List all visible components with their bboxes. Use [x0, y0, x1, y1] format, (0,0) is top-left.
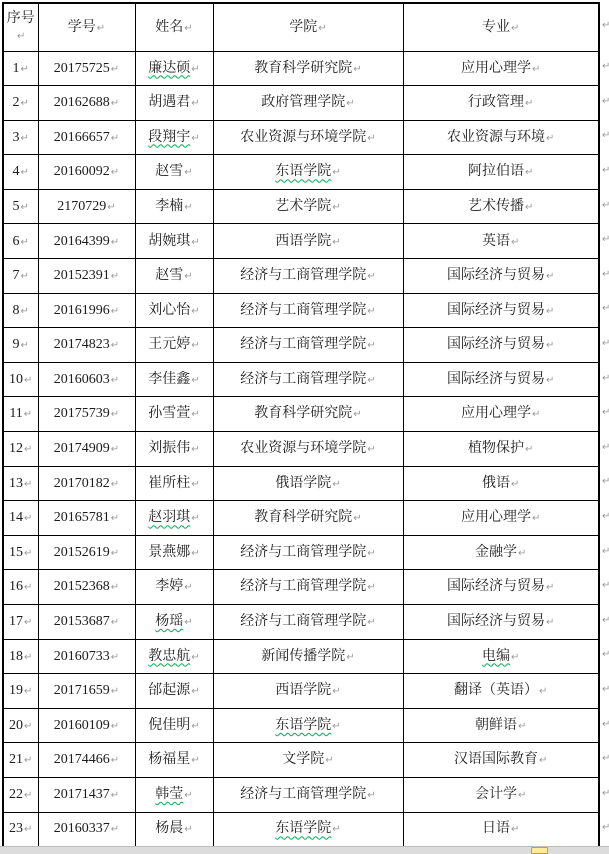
- row-end-mark: ↵: [602, 201, 609, 211]
- cell-end-mark: ↵: [191, 479, 199, 490]
- cell-college[interactable]: 经济与工商管理学院↵: [213, 293, 403, 328]
- cell-end-mark: ↵: [353, 64, 361, 75]
- cell-major[interactable]: 国际经济与贸易↵: [403, 570, 599, 605]
- cell-college[interactable]: 教育科学研究院↵: [213, 397, 403, 432]
- cell-no[interactable]: 23↵: [3, 812, 38, 847]
- cell-college[interactable]: 经济与工商管理学院↵: [213, 328, 403, 363]
- cell-end-mark: ↵: [17, 31, 25, 42]
- header-cell-student-id[interactable]: 学号↵: [38, 3, 135, 51]
- cell-end-mark: ↵: [525, 167, 533, 178]
- cell-text: 杨福星: [148, 752, 190, 767]
- cell-end-mark: ↵: [21, 340, 29, 351]
- cell-text: 20174823: [54, 337, 110, 352]
- cell-college[interactable]: 经济与工商管理学院↵: [213, 605, 403, 640]
- cell-text: 刘振伟: [148, 441, 190, 456]
- row-end-mark: ↵: [602, 823, 609, 833]
- cell-major[interactable]: 国际经济与贸易↵: [403, 328, 599, 363]
- cell-student-id[interactable]: 20174466↵: [38, 743, 135, 778]
- cell-student-id[interactable]: 2170729↵: [38, 189, 135, 224]
- cell-text: 4: [13, 164, 20, 179]
- cell-end-mark: ↵: [24, 755, 32, 766]
- cell-end-mark: ↵: [24, 444, 32, 455]
- cell-text: 国际经济与贸易: [447, 268, 545, 283]
- cell-student-id[interactable]: 20161996↵: [38, 293, 135, 328]
- cell-text: 国际经济与贸易: [447, 303, 545, 318]
- cell-no[interactable]: 6↵: [3, 224, 38, 259]
- table-row: 6↵20164399↵胡婉琪↵西语学院↵英语↵: [3, 224, 599, 259]
- cell-name[interactable]: 赵雪↵: [135, 155, 213, 190]
- cell-text: 翻译（英语）: [454, 683, 538, 698]
- cell-no[interactable]: 3↵: [3, 120, 38, 155]
- cell-end-mark: ↵: [111, 133, 119, 144]
- cell-end-mark: ↵: [191, 548, 199, 559]
- cell-text: 东语学院: [275, 821, 331, 836]
- cell-name[interactable]: 孙雪萱↵: [135, 397, 213, 432]
- cell-text: 17: [9, 614, 23, 629]
- cell-student-id[interactable]: 20171437↵: [38, 777, 135, 812]
- cell-text: 汉语国际教育: [454, 752, 538, 767]
- cell-text: 经济与工商管理学院: [240, 787, 366, 802]
- cell-end-mark: ↵: [546, 375, 554, 386]
- cell-end-mark: ↵: [24, 548, 32, 559]
- header-cell-no[interactable]: 序号↵: [3, 3, 38, 51]
- cell-no[interactable]: 19↵: [3, 674, 38, 709]
- cell-end-mark: ↵: [111, 375, 119, 386]
- cell-no[interactable]: 10↵: [3, 362, 38, 397]
- row-end-mark: ↵: [602, 339, 609, 349]
- cell-text: 教育科学研究院: [254, 510, 352, 525]
- cell-text: 5: [13, 199, 20, 214]
- table-row: 8↵20161996↵刘心怡↵经济与工商管理学院↵国际经济与贸易↵: [3, 293, 599, 328]
- row-end-mark: ↵: [602, 166, 609, 176]
- cell-college[interactable]: 农业资源与环境学院↵: [213, 432, 403, 467]
- cell-end-mark: ↵: [191, 64, 199, 75]
- cell-end-mark: ↵: [546, 306, 554, 317]
- cell-student-id[interactable]: 20160092↵: [38, 155, 135, 190]
- cell-name[interactable]: 杨晨↵: [135, 812, 213, 847]
- cell-name[interactable]: 教忠航↵: [135, 639, 213, 674]
- cell-text: 20174466: [54, 752, 110, 767]
- cell-end-mark: ↵: [367, 548, 375, 559]
- cell-end-mark: ↵: [97, 23, 105, 34]
- cell-end-mark: ↵: [511, 824, 519, 835]
- cell-student-id[interactable]: 20175739↵: [38, 397, 135, 432]
- cell-text: 韩莹: [155, 787, 183, 802]
- cell-text: 2170729: [57, 199, 106, 214]
- cell-end-mark: ↵: [111, 824, 119, 835]
- cell-no[interactable]: 7↵: [3, 259, 38, 294]
- cell-text: 国际经济与贸易: [447, 372, 545, 387]
- cell-college[interactable]: 农业资源与环境学院↵: [213, 120, 403, 155]
- scrollbar-handle[interactable]: [531, 847, 548, 854]
- cell-end-mark: ↵: [184, 582, 192, 593]
- cell-text: 应用心理学: [461, 406, 531, 421]
- cell-name[interactable]: 李楠↵: [135, 189, 213, 224]
- cell-end-mark: ↵: [184, 824, 192, 835]
- cell-text: 6: [13, 234, 20, 249]
- cell-major[interactable]: 阿拉伯语↵: [403, 155, 599, 190]
- cell-text: 教育科学研究院: [254, 406, 352, 421]
- cell-end-mark: ↵: [332, 824, 340, 835]
- cell-college[interactable]: 东语学院↵: [213, 812, 403, 847]
- cell-text: 20160109: [54, 718, 110, 733]
- cell-end-mark: ↵: [21, 237, 29, 248]
- cell-text: 国际经济与贸易: [447, 579, 545, 594]
- cell-major[interactable]: 英语↵: [403, 224, 599, 259]
- cell-end-mark: ↵: [21, 271, 29, 282]
- cell-text: 22: [9, 787, 23, 802]
- table-row: 16↵20152368↵李婷↵经济与工商管理学院↵国际经济与贸易↵: [3, 570, 599, 605]
- cell-end-mark: ↵: [184, 271, 192, 282]
- cell-no[interactable]: 2↵: [3, 86, 38, 121]
- cell-text: 刘心怡: [148, 303, 190, 318]
- cell-end-mark: ↵: [325, 755, 333, 766]
- cell-text: 崔所柱: [148, 476, 190, 491]
- cell-text: 教忠航: [148, 649, 190, 664]
- cell-name[interactable]: 赵羽琪↵: [135, 501, 213, 536]
- cell-end-mark: ↵: [184, 167, 192, 178]
- cell-student-id[interactable]: 20165781↵: [38, 501, 135, 536]
- cell-text: 20152368: [54, 579, 110, 594]
- cell-text: 经济与工商管理学院: [240, 268, 366, 283]
- cell-major[interactable]: 会计学↵: [403, 777, 599, 812]
- cell-major[interactable]: 应用心理学↵: [403, 51, 599, 86]
- row-end-mark: ↵: [602, 477, 609, 487]
- cell-end-mark: ↵: [367, 133, 375, 144]
- cell-major[interactable]: 农业资源与环境↵: [403, 120, 599, 155]
- cell-text: 东语学院: [275, 718, 331, 733]
- cell-college[interactable]: 经济与工商管理学院↵: [213, 777, 403, 812]
- cell-text: 经济与工商管理学院: [240, 545, 366, 560]
- cell-no[interactable]: 9↵: [3, 328, 38, 363]
- cell-name[interactable]: 邰起源↵: [135, 674, 213, 709]
- cell-text: 18: [9, 649, 23, 664]
- header-cell-college[interactable]: 学院↵: [213, 3, 403, 51]
- cell-name[interactable]: 王元婷↵: [135, 328, 213, 363]
- cell-name[interactable]: 李佳鑫↵: [135, 362, 213, 397]
- cell-college[interactable]: 政府管理学院↵: [213, 86, 403, 121]
- cell-name[interactable]: 杨瑶↵: [135, 605, 213, 640]
- cell-end-mark: ↵: [21, 306, 29, 317]
- cell-text: 艺术传播: [468, 199, 524, 214]
- cell-text: 李佳鑫: [148, 372, 190, 387]
- cell-end-mark: ↵: [191, 721, 199, 732]
- cell-end-mark: ↵: [24, 652, 32, 663]
- cell-college[interactable]: 东语学院↵: [213, 155, 403, 190]
- row-end-mark: ↵: [602, 754, 609, 764]
- cell-major[interactable]: 国际经济与贸易↵: [403, 605, 599, 640]
- cell-end-mark: ↵: [546, 617, 554, 628]
- row-end-mark: ↵: [602, 62, 609, 72]
- table-row: 14↵20165781↵赵羽琪↵教育科学研究院↵应用心理学↵: [3, 501, 599, 536]
- cell-college[interactable]: 文学院↵: [213, 743, 403, 778]
- cell-no[interactable]: 11↵: [3, 397, 38, 432]
- cell-text: 国际经济与贸易: [447, 614, 545, 629]
- cell-name[interactable]: 胡婉琪↵: [135, 224, 213, 259]
- cell-major[interactable]: 艺术传播↵: [403, 189, 599, 224]
- table-row: 19↵20171659↵邰起源↵西语学院↵翻译（英语）↵: [3, 674, 599, 709]
- cell-major[interactable]: 电编↵: [403, 639, 599, 674]
- cell-text: 俄语学院: [275, 476, 331, 491]
- cell-text: 胡遇君: [148, 95, 190, 110]
- cell-no[interactable]: 1↵: [3, 51, 38, 86]
- cell-no[interactable]: 15↵: [3, 535, 38, 570]
- cell-text: 东语学院: [275, 164, 331, 179]
- cell-name[interactable]: 段翔宇↵: [135, 120, 213, 155]
- cell-end-mark: ↵: [367, 306, 375, 317]
- cell-end-mark: ↵: [332, 686, 340, 697]
- cell-text: 政府管理学院: [261, 95, 345, 110]
- table-row: 10↵20160603↵李佳鑫↵经济与工商管理学院↵国际经济与贸易↵: [3, 362, 599, 397]
- horizontal-scrollbar[interactable]: [0, 846, 609, 854]
- cell-college[interactable]: 经济与工商管理学院↵: [213, 362, 403, 397]
- cell-student-id[interactable]: 20152619↵: [38, 535, 135, 570]
- cell-name[interactable]: 杨福星↵: [135, 743, 213, 778]
- cell-end-mark: ↵: [111, 64, 119, 75]
- cell-end-mark: ↵: [111, 271, 119, 282]
- cell-student-id[interactable]: 20174909↵: [38, 432, 135, 467]
- header-label-no: 序号: [7, 11, 35, 26]
- cell-major[interactable]: 行政管理↵: [403, 86, 599, 121]
- cell-end-mark: ↵: [111, 167, 119, 178]
- cell-text: 杨瑶: [155, 614, 183, 629]
- cell-no[interactable]: 14↵: [3, 501, 38, 536]
- cell-no[interactable]: 13↵: [3, 466, 38, 501]
- cell-major[interactable]: 俄语↵: [403, 466, 599, 501]
- cell-text: 20171437: [54, 787, 110, 802]
- cell-end-mark: ↵: [24, 721, 32, 732]
- cell-end-mark: ↵: [367, 617, 375, 628]
- cell-text: 20164399: [54, 234, 110, 249]
- cell-name[interactable]: 景燕娜↵: [135, 535, 213, 570]
- cell-text: 阿拉伯语: [468, 164, 524, 179]
- cell-name[interactable]: 刘心怡↵: [135, 293, 213, 328]
- cell-major[interactable]: 翻译（英语）↵: [403, 674, 599, 709]
- cell-student-id[interactable]: 20166657↵: [38, 120, 135, 155]
- cell-end-mark: ↵: [111, 98, 119, 109]
- cell-student-id[interactable]: 20170182↵: [38, 466, 135, 501]
- table-row: 9↵20174823↵王元婷↵经济与工商管理学院↵国际经济与贸易↵: [3, 328, 599, 363]
- row-end-mark: ↵: [602, 512, 609, 522]
- cell-major[interactable]: 日语↵: [403, 812, 599, 847]
- cell-text: 20160733: [54, 649, 110, 664]
- cell-text: 王元婷: [148, 337, 190, 352]
- row-end-mark: ↵: [602, 304, 609, 314]
- cell-end-mark: ↵: [367, 375, 375, 386]
- header-cell-major[interactable]: 专业↵: [403, 3, 599, 51]
- cell-name[interactable]: 韩莹↵: [135, 777, 213, 812]
- cell-end-mark: ↵: [191, 237, 199, 248]
- cell-end-mark: ↵: [191, 375, 199, 386]
- cell-no[interactable]: 20↵: [3, 708, 38, 743]
- cell-college[interactable]: 经济与工商管理学院↵: [213, 535, 403, 570]
- cell-text: 20153687: [54, 614, 110, 629]
- cell-student-id[interactable]: 20164399↵: [38, 224, 135, 259]
- cell-text: 14: [9, 510, 23, 525]
- cell-text: 杨晨: [155, 821, 183, 836]
- cell-end-mark: ↵: [111, 686, 119, 697]
- header-label-major: 专业: [482, 20, 510, 35]
- cell-text: 胡婉琪: [148, 234, 190, 249]
- cell-no[interactable]: 16↵: [3, 570, 38, 605]
- cell-college[interactable]: 经济与工商管理学院↵: [213, 570, 403, 605]
- table-row: 7↵20152391↵赵雪↵经济与工商管理学院↵国际经济与贸易↵: [3, 259, 599, 294]
- cell-no[interactable]: 4↵: [3, 155, 38, 190]
- cell-end-mark: ↵: [191, 306, 199, 317]
- row-end-mark: ↵: [602, 408, 609, 418]
- cell-end-mark: ↵: [21, 202, 29, 213]
- cell-name[interactable]: 廉达硕↵: [135, 51, 213, 86]
- cell-end-mark: ↵: [24, 582, 32, 593]
- cell-end-mark: ↵: [111, 790, 119, 801]
- cell-student-id[interactable]: 20175725↵: [38, 51, 135, 86]
- cell-no[interactable]: 22↵: [3, 777, 38, 812]
- cell-college[interactable]: 艺术学院↵: [213, 189, 403, 224]
- row-end-mark: ↵: [602, 97, 609, 107]
- cell-student-id[interactable]: 20160603↵: [38, 362, 135, 397]
- cell-name[interactable]: 赵雪↵: [135, 259, 213, 294]
- cell-end-mark: ↵: [184, 23, 192, 34]
- cell-end-mark: ↵: [24, 375, 32, 386]
- cell-end-mark: ↵: [21, 133, 29, 144]
- cell-college[interactable]: 东语学院↵: [213, 708, 403, 743]
- cell-name[interactable]: 崔所柱↵: [135, 466, 213, 501]
- cell-text: 7: [13, 268, 20, 283]
- cell-text: 21: [9, 752, 23, 767]
- cell-major[interactable]: 植物保护↵: [403, 432, 599, 467]
- table-row: 3↵20166657↵段翔宇↵农业资源与环境学院↵农业资源与环境↵: [3, 120, 599, 155]
- cell-college[interactable]: 西语学院↵: [213, 224, 403, 259]
- cell-text: 朝鲜语: [475, 718, 517, 733]
- cell-major[interactable]: 国际经济与贸易↵: [403, 259, 599, 294]
- row-end-mark: ↵: [602, 235, 609, 245]
- header-cell-name[interactable]: 姓名↵: [135, 3, 213, 51]
- cell-major[interactable]: 汉语国际教育↵: [403, 743, 599, 778]
- cell-end-mark: ↵: [191, 444, 199, 455]
- cell-no[interactable]: 8↵: [3, 293, 38, 328]
- cell-end-mark: ↵: [191, 652, 199, 663]
- cell-college[interactable]: 西语学院↵: [213, 674, 403, 709]
- cell-end-mark: ↵: [191, 340, 199, 351]
- row-end-mark: ↵: [602, 374, 609, 384]
- student-roster-table: 序号↵ 学号↵ 姓名↵ 学院↵ 专业↵ 1↵20175725↵廉达硕↵教育科学研…: [2, 2, 600, 848]
- table-row: 12↵20174909↵刘振伟↵农业资源与环境学院↵植物保护↵: [3, 432, 599, 467]
- table-row: 11↵20175739↵孙雪萱↵教育科学研究院↵应用心理学↵: [3, 397, 599, 432]
- cell-no[interactable]: 17↵: [3, 605, 38, 640]
- cell-end-mark: ↵: [111, 755, 119, 766]
- cell-text: 英语: [482, 234, 510, 249]
- cell-college[interactable]: 教育科学研究院↵: [213, 51, 403, 86]
- cell-college[interactable]: 俄语学院↵: [213, 466, 403, 501]
- cell-text: 经济与工商管理学院: [240, 614, 366, 629]
- cell-text: 20174909: [54, 441, 110, 456]
- cell-major[interactable]: 国际经济与贸易↵: [403, 362, 599, 397]
- table-row: 2↵20162688↵胡遇君↵政府管理学院↵行政管理↵: [3, 86, 599, 121]
- cell-end-mark: ↵: [539, 686, 547, 697]
- cell-text: 20162688: [54, 95, 110, 110]
- cell-text: 20171659: [54, 683, 110, 698]
- cell-end-mark: ↵: [21, 98, 29, 109]
- cell-text: 应用心理学: [461, 510, 531, 525]
- cell-end-mark: ↵: [21, 64, 29, 75]
- cell-text: 8: [13, 303, 20, 318]
- cell-no[interactable]: 18↵: [3, 639, 38, 674]
- cell-text: 经济与工商管理学院: [240, 579, 366, 594]
- cell-student-id[interactable]: 20171659↵: [38, 674, 135, 709]
- cell-text: 植物保护: [468, 441, 524, 456]
- cell-text: 倪佳明: [148, 718, 190, 733]
- cell-end-mark: ↵: [184, 202, 192, 213]
- cell-end-mark: ↵: [191, 409, 199, 420]
- table-row: 17↵20153687↵杨瑶↵经济与工商管理学院↵国际经济与贸易↵: [3, 605, 599, 640]
- cell-end-mark: ↵: [24, 686, 32, 697]
- cell-end-mark: ↵: [532, 64, 540, 75]
- cell-college[interactable]: 新闻传播学院↵: [213, 639, 403, 674]
- row-end-mark: ↵: [602, 650, 609, 660]
- cell-text: 20166657: [54, 130, 110, 145]
- cell-end-mark: ↵: [346, 98, 354, 109]
- cell-end-mark: ↵: [21, 167, 29, 178]
- cell-student-id[interactable]: 20160337↵: [38, 812, 135, 847]
- cell-text: 教育科学研究院: [254, 61, 352, 76]
- cell-college[interactable]: 经济与工商管理学院↵: [213, 259, 403, 294]
- cell-student-id[interactable]: 20153687↵: [38, 605, 135, 640]
- cell-end-mark: ↵: [367, 444, 375, 455]
- cell-text: 日语: [482, 821, 510, 836]
- cell-major[interactable]: 国际经济与贸易↵: [403, 293, 599, 328]
- cell-end-mark: ↵: [332, 167, 340, 178]
- cell-end-mark: ↵: [111, 306, 119, 317]
- cell-no[interactable]: 12↵: [3, 432, 38, 467]
- cell-student-id[interactable]: 20162688↵: [38, 86, 135, 121]
- cell-text: 20160337: [54, 821, 110, 836]
- cell-student-id[interactable]: 20152368↵: [38, 570, 135, 605]
- cell-student-id[interactable]: 20160733↵: [38, 639, 135, 674]
- row-end-mark: ↵: [602, 547, 609, 557]
- cell-major[interactable]: 朝鲜语↵: [403, 708, 599, 743]
- cell-text: 行政管理: [468, 95, 524, 110]
- cell-text: 赵雪: [155, 164, 183, 179]
- cell-end-mark: ↵: [546, 271, 554, 282]
- cell-name[interactable]: 李婷↵: [135, 570, 213, 605]
- cell-student-id[interactable]: 20152391↵: [38, 259, 135, 294]
- row-end-mark: ↵: [602, 270, 609, 280]
- cell-text: 电编: [482, 649, 510, 664]
- cell-end-mark: ↵: [191, 755, 199, 766]
- table-row: 20↵20160109↵倪佳明↵东语学院↵朝鲜语↵: [3, 708, 599, 743]
- cell-text: 1: [13, 61, 20, 76]
- cell-name[interactable]: 刘振伟↵: [135, 432, 213, 467]
- cell-text: 20175725: [54, 61, 110, 76]
- cell-name[interactable]: 胡遇君↵: [135, 86, 213, 121]
- cell-end-mark: ↵: [346, 652, 354, 663]
- cell-student-id[interactable]: 20160109↵: [38, 708, 135, 743]
- cell-end-mark: ↵: [511, 479, 519, 490]
- cell-text: 艺术学院: [275, 199, 331, 214]
- cell-no[interactable]: 5↵: [3, 189, 38, 224]
- cell-text: 会计学: [475, 787, 517, 802]
- cell-major[interactable]: 金融学↵: [403, 535, 599, 570]
- cell-no[interactable]: 21↵: [3, 743, 38, 778]
- cell-major[interactable]: 应用心理学↵: [403, 501, 599, 536]
- table-row: 4↵20160092↵赵雪↵东语学院↵阿拉伯语↵: [3, 155, 599, 190]
- cell-major[interactable]: 应用心理学↵: [403, 397, 599, 432]
- cell-college[interactable]: 教育科学研究院↵: [213, 501, 403, 536]
- cell-text: 19: [9, 683, 23, 698]
- cell-end-mark: ↵: [525, 444, 533, 455]
- cell-name[interactable]: 倪佳明↵: [135, 708, 213, 743]
- cell-student-id[interactable]: 20174823↵: [38, 328, 135, 363]
